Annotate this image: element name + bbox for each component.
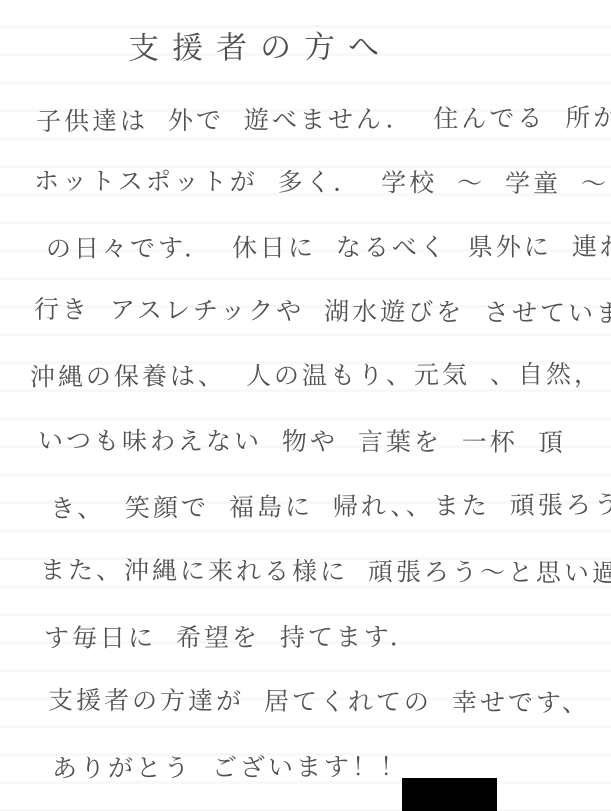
letter-title: 支援者の方へ xyxy=(128,21,392,68)
handwritten-line-10: 支援者の方達が 居てくれての 幸せです、 xyxy=(48,681,590,720)
handwritten-line-7: き、 笑顔で 福島に 帰れ、、また 頑張ろうね xyxy=(50,485,611,525)
handwritten-line-1: 子供達は 外で 遊べません． 住んでる 所が xyxy=(36,98,611,138)
handwritten-line-8: また、沖縄に来れる様に 頑張ろう～と思い過 xyxy=(40,550,611,589)
handwritten-line-5: 沖縄の保養は、 人の温もり、元気 、自然， xyxy=(30,355,602,394)
handwritten-line-4: 行き アスレチックや 湖水遊びを させています。 xyxy=(34,290,611,330)
scanned-letter-page: 支援者の方へ 子供達は 外で 遊べません． 住んでる 所が ホットスポットが 多… xyxy=(0,0,611,811)
handwritten-line-9: す毎日に 希望を 持てます． xyxy=(44,617,418,654)
handwritten-line-3: の日々です． 休日に なるべく 県外に 連れて xyxy=(46,227,611,265)
handwritten-line-11: ありがとう ございます！！ xyxy=(52,747,408,785)
handwritten-line-6: いつも味わえない 物や 言葉を 一杯 頂 xyxy=(38,421,566,459)
handwritten-line-2: ホットスポットが 多く． 学校 ～ 学童 ～ 帰宅 xyxy=(34,161,611,200)
redaction-box xyxy=(402,778,497,811)
